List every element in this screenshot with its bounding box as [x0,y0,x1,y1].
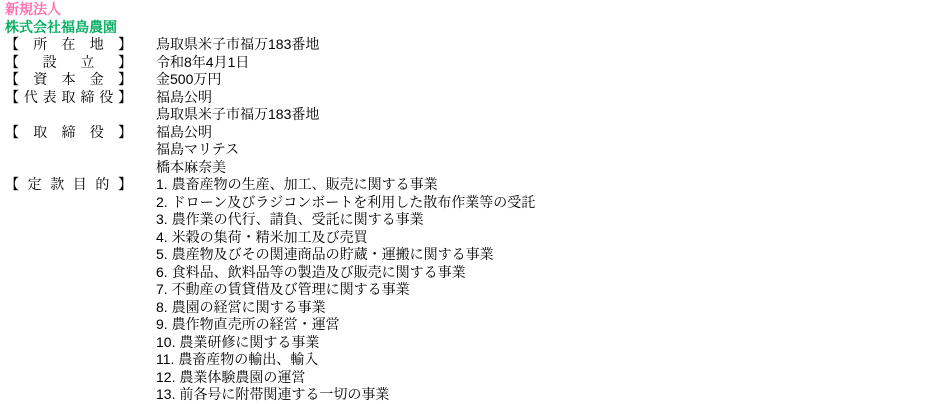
purpose-item: 4. 米穀の集荷・精米加工及び売買 [156,229,535,247]
field-row-directors: 【取締役】 福島公明 福島マリテス 橋本麻奈美 [5,124,944,177]
establishment-date-value: 令和8年4月1日 [156,54,249,72]
representative-director-name: 福島公明 [156,89,319,107]
director-name: 橋本麻奈美 [156,159,239,177]
purpose-item: 8. 農園の経営に関する事業 [156,299,535,317]
purpose-item: 5. 農産物及びその関連商品の貯蔵・運搬に関する事業 [156,246,535,264]
field-row-representative-director: 【代表取締役】 福島公明 鳥取県米子市福万183番地 [5,89,944,124]
purpose-item: 1. 農畜産物の生産、加工、販売に関する事業 [156,176,535,194]
purpose-item: 2. ドローン及びラジコンボートを利用した散布作業等の受託 [156,194,535,212]
address-value: 鳥取県米子市福万183番地 [156,36,319,54]
field-values-articles-purposes: 1. 農畜産物の生産、加工、販売に関する事業 2. ドローン及びラジコンボートを… [156,176,535,404]
purpose-item: 9. 農作物直売所の経営・運営 [156,316,535,334]
field-label-directors: 【取締役】 [5,124,132,142]
company-name-heading: 株式会社福島農園 [5,19,944,37]
new-corporation-heading: 新規法人 [5,1,944,19]
purpose-item: 7. 不動産の賃貸借及び管理に関する事業 [156,281,535,299]
field-values-establishment: 令和8年4月1日 [156,54,249,72]
purpose-item: 6. 食料品、飲料品等の製造及び販売に関する事業 [156,264,535,282]
field-label-representative-director: 【代表取締役】 [5,89,132,107]
field-label-address: 【所在地】 [5,36,132,54]
field-label-establishment: 【設立】 [5,54,132,72]
field-row-capital: 【資本金】 金500万円 [5,71,944,89]
director-name: 福島マリテス [156,141,239,159]
director-name: 福島公明 [156,124,239,142]
representative-director-address: 鳥取県米子市福万183番地 [156,106,319,124]
capital-value: 金500万円 [156,71,221,89]
field-values-directors: 福島公明 福島マリテス 橋本麻奈美 [156,124,239,177]
field-row-establishment: 【設立】 令和8年4月1日 [5,54,944,72]
company-registration-document: 新規法人 株式会社福島農園 【所在地】 鳥取県米子市福万183番地 【設立】 令… [0,0,944,404]
field-label-capital: 【資本金】 [5,71,132,89]
field-values-capital: 金500万円 [156,71,221,89]
purpose-item: 3. 農作業の代行、請負、受託に関する事業 [156,211,535,229]
purpose-item: 10. 農業研修に関する事業 [156,334,535,352]
field-values-address: 鳥取県米子市福万183番地 [156,36,319,54]
purpose-item: 12. 農業体験農園の運営 [156,369,535,387]
field-label-articles-purposes: 【定款目的】 [5,176,132,194]
field-row-articles-purposes: 【定款目的】 1. 農畜産物の生産、加工、販売に関する事業 2. ドローン及びラ… [5,176,944,404]
field-values-representative-director: 福島公明 鳥取県米子市福万183番地 [156,89,319,124]
purpose-item: 11. 農畜産物の輸出、輸入 [156,351,535,369]
purpose-item: 13. 前各号に附帯関連する一切の事業 [156,386,535,404]
field-row-address: 【所在地】 鳥取県米子市福万183番地 [5,36,944,54]
